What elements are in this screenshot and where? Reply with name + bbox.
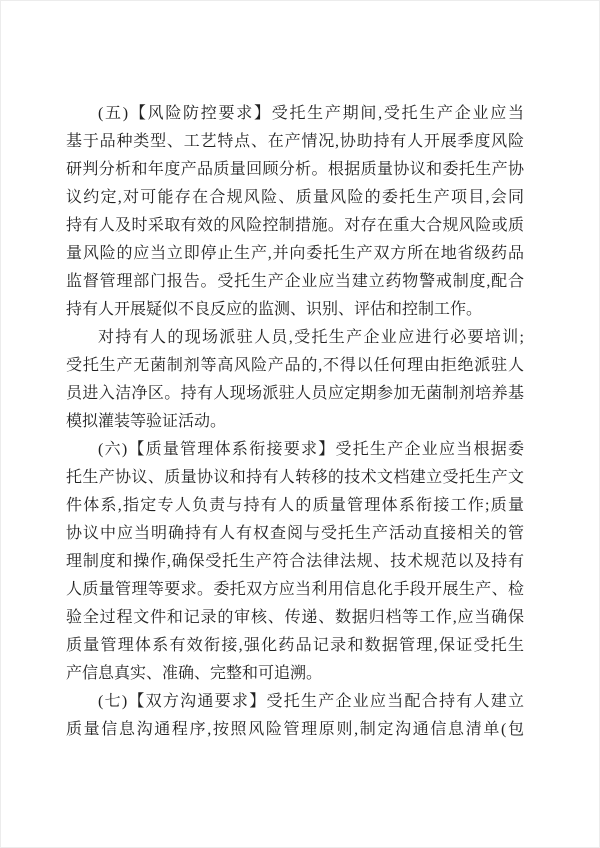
text-line: 托生产协议、质量协议和持有人转移的技术文档建立受托生产文	[66, 464, 524, 492]
text-line: (六)【质量管理体系衔接要求】受托生产企业应当根据委	[66, 436, 524, 464]
text-line: 质量管理体系有效衔接,强化药品记录和数据管理,保证受托生	[66, 632, 524, 660]
text-line: 对持有人的现场派驻人员,受托生产企业应进行必要培训;	[66, 324, 524, 352]
text-column: (五)【风险防控要求】受托生产期间,受托生产企业应当 基于品种类型、工艺特点、在…	[66, 100, 524, 744]
text-line: (七)【双方沟通要求】受托生产企业应当配合持有人建立	[66, 688, 524, 716]
text-line: 件体系,指定专人负责与持有人的质量管理体系衔接工作;质量	[66, 492, 524, 520]
text-line: (五)【风险防控要求】受托生产期间,受托生产企业应当	[66, 100, 524, 128]
text-line: 理制度和操作,确保受托生产符合法律法规、技术规范以及持有	[66, 548, 524, 576]
text-line: 受托生产无菌制剂等高风险产品的,不得以任何理由拒绝派驻人	[66, 352, 524, 380]
text-line: 持有人开展疑似不良反应的监测、识别、评估和控制工作。	[66, 296, 524, 324]
text-line: 质量信息沟通程序,按照风险管理原则,制定沟通信息清单(包	[66, 716, 524, 744]
text-line: 验全过程文件和记录的审核、传递、数据归档等工作,应当确保	[66, 604, 524, 632]
text-line: 量风险的应当立即停止生产,并向委托生产双方所在地省级药品	[66, 240, 524, 268]
text-line: 人质量管理等要求。委托双方应当利用信息化手段开展生产、检	[66, 576, 524, 604]
text-line: 议约定,对可能存在合规风险、质量风险的委托生产项目,会同	[66, 184, 524, 212]
text-line: 基于品种类型、工艺特点、在产情况,协助持有人开展季度风险	[66, 128, 524, 156]
text-line: 员进入洁净区。持有人现场派驻人员应定期参加无菌制剂培养基	[66, 380, 524, 408]
text-line: 模拟灌装等验证活动。	[66, 408, 524, 436]
text-line: 产信息真实、准确、完整和可追溯。	[66, 660, 524, 688]
text-line: 持有人及时采取有效的风险控制措施。对存在重大合规风险或质	[66, 212, 524, 240]
text-line: 研判分析和年度产品质量回顾分析。根据质量协议和委托生产协	[66, 156, 524, 184]
text-line: 监督管理部门报告。受托生产企业应当建立药物警戒制度,配合	[66, 268, 524, 296]
document-page: (五)【风险防控要求】受托生产期间,受托生产企业应当 基于品种类型、工艺特点、在…	[0, 0, 600, 848]
text-line: 协议中应当明确持有人有权查阅与受托生产活动直接相关的管	[66, 520, 524, 548]
